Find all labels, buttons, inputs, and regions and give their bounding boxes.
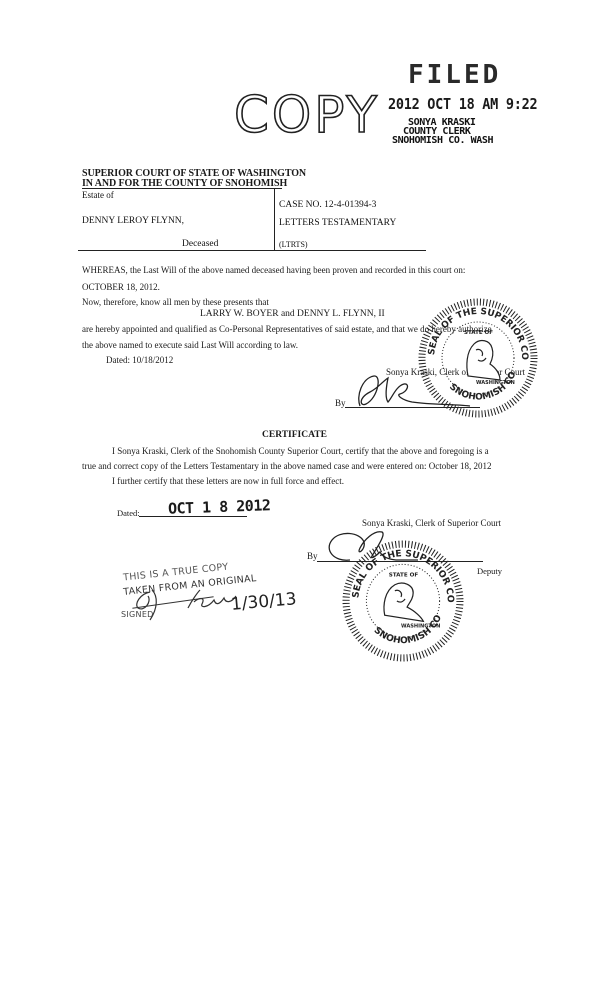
execute-clause: the above named to execute said Last Wil… [82, 340, 298, 351]
filed-stamp-datetime: 2012 OCT 18 AM 9:22 [388, 95, 537, 113]
certificate-line-1: I Sonya Kraski, Clerk of the Snohomish C… [112, 446, 489, 457]
decedent-name: DENNY LEROY FLYNN, [82, 215, 184, 227]
filed-stamp-county: SNOHOMISH CO. WASH [392, 136, 493, 145]
caption-divider-bottom [78, 250, 426, 251]
letters-dated: Dated: 10/18/2012 [106, 355, 173, 366]
svg-text:STATE OF: STATE OF [464, 330, 493, 336]
copy-stamp: COPY [234, 86, 380, 144]
true-copy-signature [128, 586, 248, 626]
proven-date: OCTOBER 18, 2012. [82, 282, 160, 293]
estate-of-label: Estate of [82, 189, 114, 201]
svg-text:STATE OF: STATE OF [389, 573, 419, 579]
certificate-title: CERTIFICATE [262, 430, 327, 441]
certificate-by-label: By [307, 551, 318, 562]
court-seal-1: SEAL OF THE SUPERIOR COURT SNOHOMISH COU… [418, 298, 538, 418]
deceased-label: Deceased [182, 238, 218, 250]
appointee-names: LARRY W. BOYER and DENNY L. FLYNN, II [200, 309, 385, 320]
certificate-line-3: I further certify that these letters are… [112, 476, 344, 487]
now-therefore-clause: Now, therefore, know all men by these pr… [82, 297, 269, 308]
case-number: CASE NO. 12-4-01394-3 [279, 199, 376, 211]
caption-vertical-divider [274, 188, 275, 250]
deputy-label: Deputy [477, 566, 502, 576]
svg-text:WASHINGTON: WASHINGTON [401, 623, 440, 629]
court-seal-2: SEAL OF THE SUPERIOR COURT SNOHOMISH COU… [342, 540, 464, 662]
true-copy-signed-label: SIGNED [121, 610, 154, 619]
filed-stamp-label: FILED [408, 60, 501, 90]
document-title: LETTERS TESTAMENTARY [279, 217, 396, 229]
whereas-clause: WHEREAS, the Last Will of the above name… [82, 265, 465, 276]
certificate-dated-label: Dated: [117, 508, 140, 518]
certificate-line-2: true and correct copy of the Letters Tes… [82, 461, 492, 472]
certificate-date-stamp: OCT 1 8 2012 [168, 496, 271, 518]
svg-text:WASHINGTON: WASHINGTON [476, 380, 515, 386]
by-label: By [335, 398, 346, 409]
true-copy-handwritten-date: 1/30/13 [230, 589, 297, 615]
